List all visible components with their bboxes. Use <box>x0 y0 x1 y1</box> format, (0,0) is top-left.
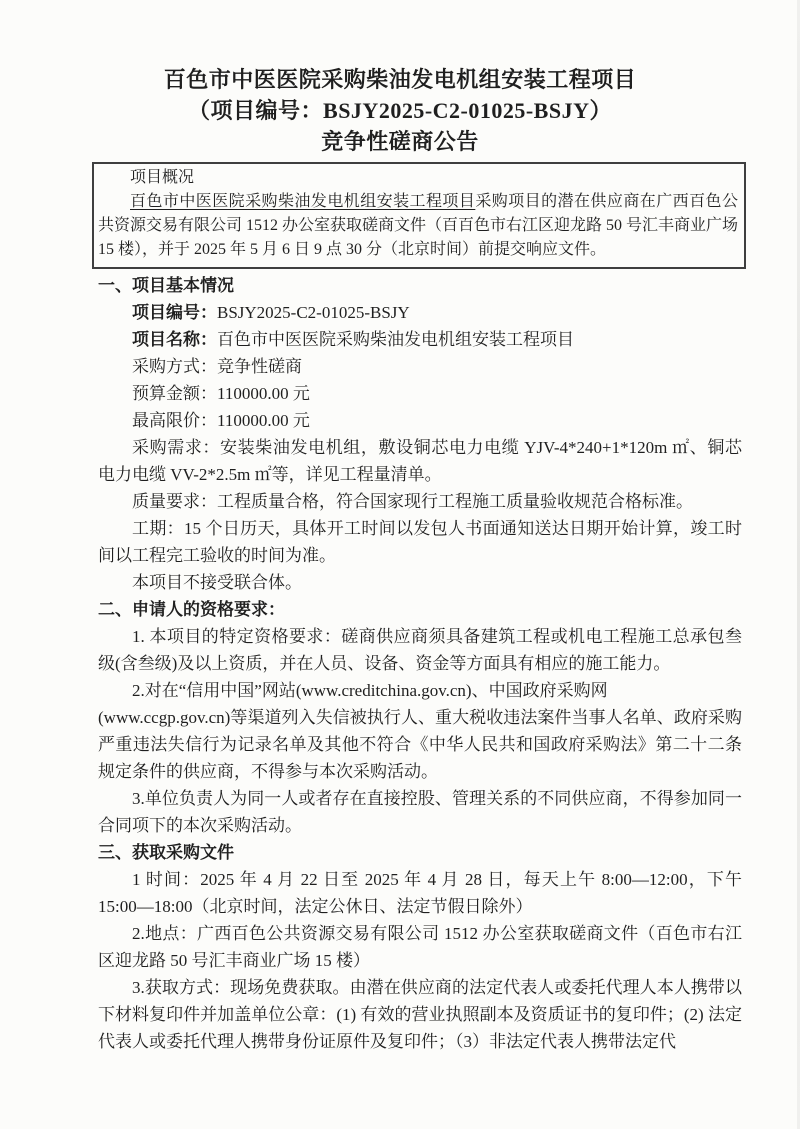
field-label: 最高限价： <box>132 411 217 430</box>
title-line-announcement-type: 竞争性磋商公告 <box>0 126 800 157</box>
qualification-item-2-line-2: (www.ccgp.gov.cn)等渠道列入失信被执行人、重大税收违法案件当事人… <box>98 708 742 781</box>
overview-project-name-underlined: 百色市中医医院采购柴油发电机组安装工程项目 <box>130 193 475 210</box>
acquisition-location: 2.地点：广西百色公共资源交易有限公司 1512 办公室获取磋商文件（百色市右江… <box>98 920 742 974</box>
field-procurement-method: 采购方式：竞争性磋商 <box>98 353 742 380</box>
overview-heading: 项目概况 <box>98 166 738 190</box>
section-heading-qualification: 二、申请人的资格要求： <box>98 596 742 623</box>
title-line-project-number: （项目编号：BSJY2025-C2-01025-BSJY） <box>0 95 800 126</box>
field-value: BSJY2025-C2-01025-BSJY <box>217 303 410 322</box>
document-title: 百色市中医医院采购柴油发电机组安装工程项目 （项目编号：BSJY2025-C2-… <box>0 0 800 157</box>
scanned-announcement-page: 百色市中医医院采购柴油发电机组安装工程项目 （项目编号：BSJY2025-C2-… <box>0 0 800 1129</box>
acquisition-method: 3.获取方式：现场免费获取。由潜在供应商的法定代表人或委托代理人本人携带以下材料… <box>98 974 742 1055</box>
field-label: 预算金额： <box>132 384 217 403</box>
field-procurement-requirements: 采购需求：安装柴油发电机组，敷设铜芯电力电缆 YJV-4*240+1*120m … <box>98 434 742 488</box>
field-label: 项目编号： <box>132 303 217 322</box>
document-body: 一、项目基本情况 项目编号：BSJY2025-C2-01025-BSJY 项目名… <box>98 272 742 1055</box>
qualification-item-2-line-1: 2.对在“信用中国”网站(www.creditchina.gov.cn)、中国政… <box>132 681 608 700</box>
field-value: 110000.00 元 <box>217 384 310 403</box>
title-line-project-name: 百色市中医医院采购柴油发电机组安装工程项目 <box>0 64 800 95</box>
qualification-item-3: 3.单位负责人为同一人或者存在直接控股、管理关系的不同供应商，不得参加同一合同项… <box>98 785 742 839</box>
project-overview-box: 项目概况 百色市中医医院采购柴油发电机组安装工程项目采购项目的潜在供应商在广西百… <box>92 162 746 269</box>
field-label: 采购需求： <box>132 438 220 457</box>
field-value: 工程质量合格，符合国家现行工程施工质量验收规范合格标准。 <box>217 492 693 511</box>
field-project-number: 项目编号：BSJY2025-C2-01025-BSJY <box>98 299 742 326</box>
field-value: 110000.00 元 <box>217 411 310 430</box>
acquisition-time: 1 时间：2025 年 4 月 22 日至 2025 年 4 月 28 日，每天… <box>98 866 742 920</box>
overview-paragraph: 百色市中医医院采购柴油发电机组安装工程项目采购项目的潜在供应商在广西百色公共资源… <box>98 190 738 262</box>
qualification-item-2: 2.对在“信用中国”网站(www.creditchina.gov.cn)、中国政… <box>98 677 742 785</box>
field-label: 项目名称： <box>132 330 217 349</box>
qualification-item-1: 1. 本项目的特定资格要求：磋商供应商须具备建筑工程或机电工程施工总承包叁级(含… <box>98 623 742 677</box>
section-heading-document-acquisition: 三、获取采购文件 <box>98 839 742 866</box>
field-max-price: 最高限价：110000.00 元 <box>98 407 742 434</box>
field-project-name: 项目名称：百色市中医医院采购柴油发电机组安装工程项目 <box>98 326 742 353</box>
field-label: 工期： <box>132 519 184 538</box>
field-value: 竞争性磋商 <box>217 357 302 376</box>
field-budget-amount: 预算金额：110000.00 元 <box>98 380 742 407</box>
field-label: 采购方式： <box>132 357 217 376</box>
field-quality-requirements: 质量要求：工程质量合格，符合国家现行工程施工质量验收规范合格标准。 <box>98 488 742 515</box>
field-label: 质量要求： <box>132 492 217 511</box>
section-heading-basic-info: 一、项目基本情况 <box>98 272 742 299</box>
field-value: 15 个日历天，具体开工时间以发包人书面通知送达日期开始计算，竣工时间以工程完工… <box>98 519 742 565</box>
field-value: 百色市中医医院采购柴油发电机组安装工程项目 <box>217 330 574 349</box>
field-construction-period: 工期：15 个日历天，具体开工时间以发包人书面通知送达日期开始计算，竣工时间以工… <box>98 515 742 569</box>
no-consortium-note: 本项目不接受联合体。 <box>98 569 742 596</box>
